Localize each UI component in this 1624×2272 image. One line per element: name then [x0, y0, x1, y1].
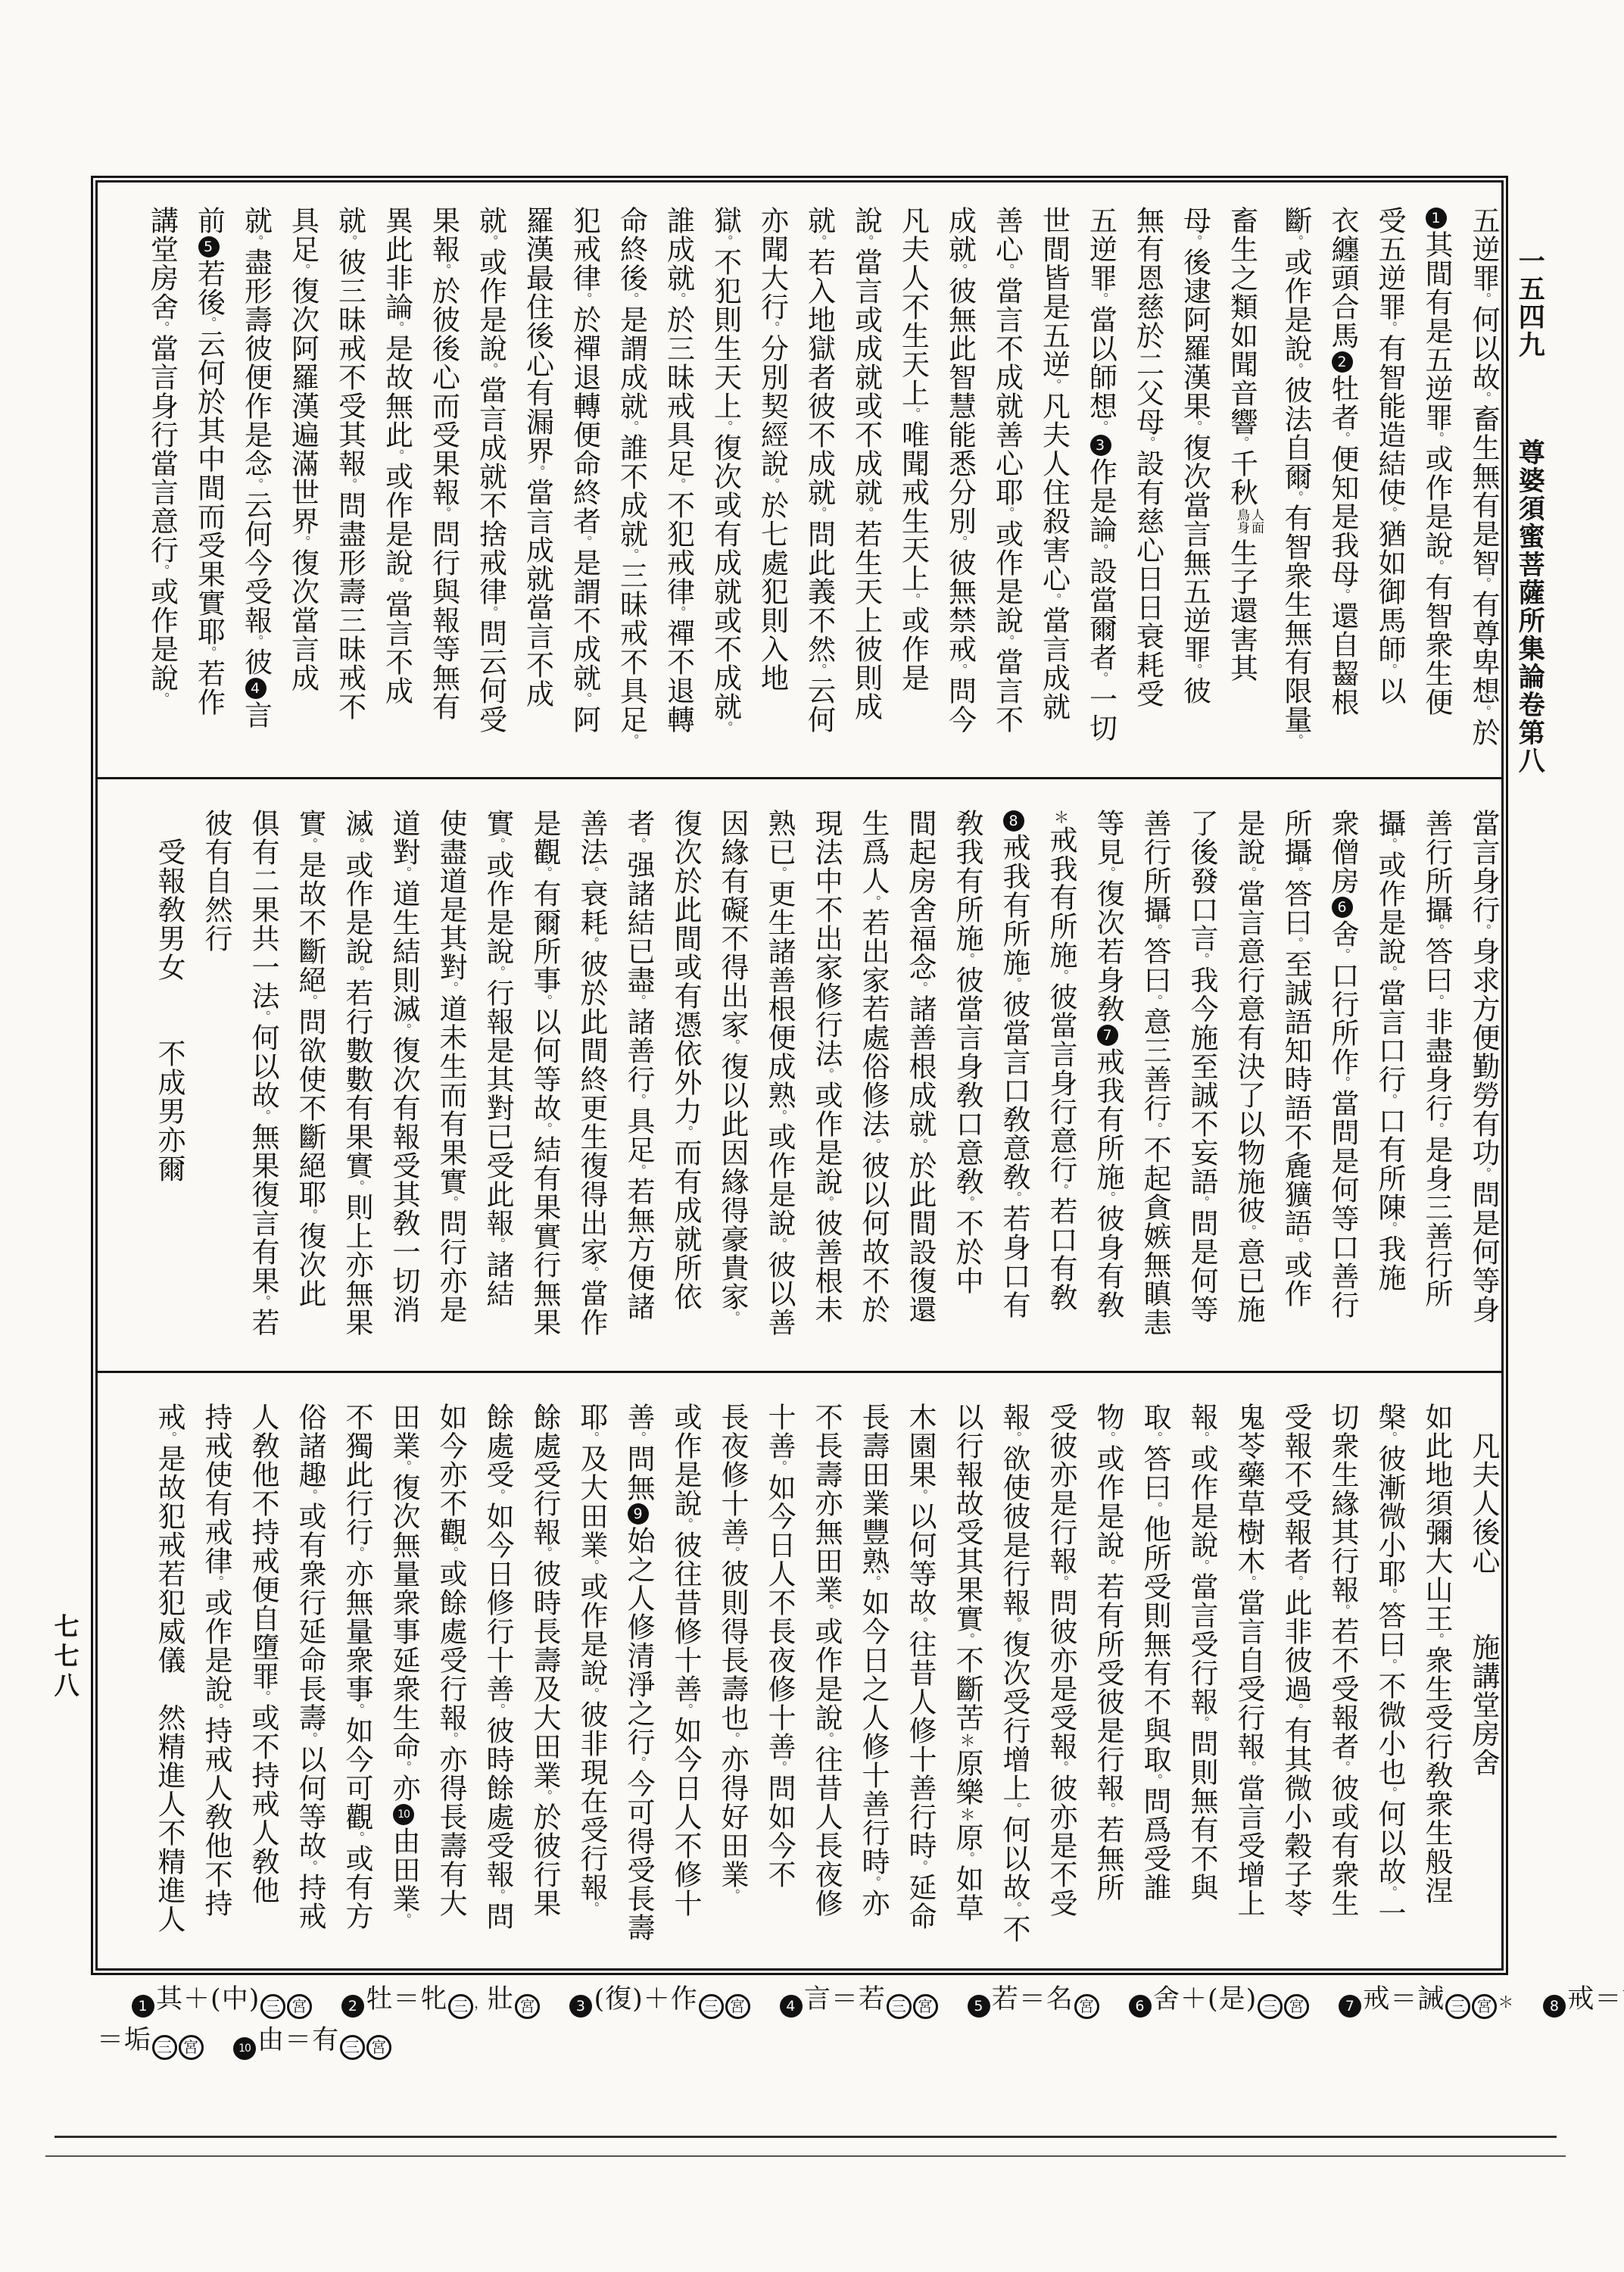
punctuation: 。: [443, 982, 458, 994]
punctuation: 。: [1476, 392, 1491, 404]
punctuation: 。: [1100, 1431, 1115, 1444]
text-column: 報。欲使彼是行報。復次受行增上。何以故。不: [1000, 1403, 1028, 1965]
punctuation: 。: [1194, 953, 1209, 966]
text-column: 不長壽亦無田業。或作是說。往昔人長夜修: [812, 1403, 840, 1965]
footnote-marker: 1: [1426, 208, 1447, 229]
punctuation: 。: [631, 1431, 646, 1444]
text-column: 木園果。以何等故。往昔人修十善行時。延命: [906, 1403, 934, 1965]
punctuation: 。: [1006, 1431, 1021, 1444]
punctuation: 。: [584, 1266, 599, 1279]
punctuation: 。: [1053, 1575, 1068, 1588]
punctuation: 。: [389, 449, 404, 462]
punctuation: 。: [725, 1546, 740, 1559]
punctuation: 。: [1147, 1774, 1162, 1787]
punctuation: 。: [952, 663, 968, 676]
text-column: 善法。衰耗。彼於此間終更生復得出家。當作: [578, 809, 606, 1362]
text-column: 因緣有礙不得出家。復以此因緣得豪貴家。: [718, 809, 747, 1362]
text-column: 人敎他不持戒便自墮罪。或不持戒人敎他: [249, 1403, 277, 1965]
text-column: 了後發口言。我今施至誠不妄語。問是何等: [1188, 809, 1216, 1362]
punctuation: 。: [812, 663, 827, 676]
text-column: 是說。當言意行意有決了以物施彼。意已施: [1235, 809, 1263, 1362]
edition-circle: 三: [448, 1994, 473, 2019]
punctuation: 。: [765, 321, 780, 334]
punctuation: 。: [725, 1889, 740, 1902]
punctuation: 。: [671, 478, 686, 491]
punctuation: 。: [1006, 1802, 1021, 1815]
footnote-marker: 8: [1543, 1995, 1566, 2018]
text-column: 所攝。答曰。至誠語知時語不麁獷語。或作: [1282, 809, 1310, 1362]
text-column: 鬼苓藥草樹木。當言自受行報。當言受增上: [1235, 1403, 1263, 1965]
punctuation: 。: [771, 1761, 787, 1774]
punctuation: 。: [584, 1687, 599, 1700]
edition-circle: 三: [1445, 1994, 1470, 2019]
punctuation: 。: [718, 235, 733, 248]
punctuation: 。: [1335, 1604, 1350, 1617]
punctuation: 。: [1335, 588, 1350, 601]
punctuation: 。: [349, 1703, 364, 1716]
punctuation: 。: [1382, 1094, 1397, 1106]
punctuation: 。: [490, 1703, 505, 1716]
punctuation: 。: [1429, 560, 1444, 573]
punctuation: 。: [631, 838, 646, 850]
punctuation: 。: [584, 866, 599, 879]
punctuation: 。: [342, 235, 357, 248]
text-column: 俗諸趣。或有衆行延命長壽。以何等故。持戒: [296, 1403, 324, 1965]
text-column: 受報不受報者。此非彼過。有其微小穀子苓: [1282, 1403, 1310, 1965]
punctuation: 。: [1429, 1633, 1444, 1646]
punctuation: 。: [1288, 1703, 1303, 1716]
punctuation: 。: [959, 1852, 974, 1865]
punctuation: 。: [1093, 420, 1108, 433]
punctuation: 。: [248, 478, 263, 491]
text-column: 以行報故受其果實。不斷苦＊原樂＊原。如草: [953, 1403, 981, 1965]
text-column: 持戒使有戒律。或作是說。持戒人敎他不持: [202, 1403, 230, 1965]
text-column: 凡夫人不生天上。唯聞戒生天上。或作是: [899, 206, 927, 768]
text-column: 無有恩慈於二父母。設有慈心日日衰耗受: [1134, 206, 1162, 768]
text-column: 就。或作是說。當言成就不捨戒律。問云何受: [477, 206, 505, 768]
punctuation: 。: [490, 838, 505, 850]
punctuation: 。: [302, 1732, 317, 1745]
reference-asterisk: ＊: [958, 1806, 976, 1823]
text-column: 畜生之類如聞音響。千秋人面鳥身生子還害其: [1228, 206, 1264, 768]
text-column: 講堂房舍。當言身行當言意行。或作是說。: [148, 206, 176, 768]
text-column: 實。是故不斷絕。問欲使不斷絕耶。復次此: [296, 809, 324, 1362]
punctuation: 。: [201, 317, 217, 329]
punctuation: 。: [765, 478, 780, 491]
punctuation: 。: [483, 606, 498, 619]
punctuation: 。: [255, 1295, 270, 1308]
text-column: 等見。復次若身敎7戒我有所施。彼身有敎: [1094, 809, 1122, 1362]
punctuation: 。: [1476, 577, 1491, 590]
text-column: 攝。或作是說。當言口行。口有所陳。我施: [1376, 809, 1404, 1362]
page-number: 七七八: [50, 1613, 80, 1702]
punctuation: 。: [1476, 292, 1491, 305]
footnote-marker: 4: [780, 1995, 803, 2018]
text-column: 彼有自然行: [202, 809, 230, 1362]
punctuation: 。: [1335, 1761, 1350, 1774]
text-column: 衆僧房6舍。口行所作。當問是何等口善行: [1329, 809, 1357, 1362]
text-column: 誰成就。於三昧戒具足。不犯戒律。禪不退轉: [665, 206, 693, 768]
punctuation: 。: [725, 1732, 740, 1745]
text-column: 不獨此行行。亦無量衆事。如今可觀。或有方: [343, 1403, 371, 1965]
text-column: 異此非論。是故無此。或作是說。當言不成: [383, 206, 411, 768]
text-column: 凡夫人後心 施講堂房舍: [1470, 1403, 1498, 1965]
text-column: 槃。彼漸微小耶。答曰。不微小也。何以故。一: [1376, 1403, 1404, 1965]
punctuation: 。: [1053, 1184, 1068, 1197]
punctuation: 。: [1147, 1122, 1162, 1135]
footnote-marker: 6: [1129, 1995, 1152, 2018]
punctuation: 。: [1288, 363, 1303, 376]
punctuation: 。: [577, 535, 592, 548]
edition-circle: 宮: [515, 1994, 540, 2019]
punctuation: 。: [725, 1039, 740, 1052]
footnote-marker: 10: [233, 2037, 256, 2060]
text-column: 長夜修十善。彼則得長壽也。亦得好田業。: [718, 1403, 747, 1965]
punctuation: 。: [1147, 924, 1162, 937]
edition-circle: 三: [699, 1994, 724, 2019]
punctuation: 。: [490, 1489, 505, 1502]
punctuation: 。: [1288, 1575, 1303, 1588]
text-column: 切衆生緣其行報。若不受報者。彼或有衆生: [1329, 1403, 1357, 1965]
punctuation: 。: [1093, 672, 1108, 685]
punctuation: 。: [1093, 292, 1108, 305]
punctuation: 。: [1194, 1559, 1209, 1572]
punctuation: 。: [1382, 966, 1397, 978]
punctuation: 。: [349, 1546, 364, 1559]
edition-circle: 宮: [1472, 1994, 1497, 2019]
punctuation: 。: [1335, 1076, 1350, 1089]
register-middle: 當言身行。身求方便勤勞有功。問是何等身善行所攝。答曰。非盡身行。是身三善行所攝。…: [100, 792, 1501, 1362]
text-column: 餘處受行報。彼時長壽及大田業。於彼行果: [531, 1403, 559, 1965]
punctuation: 。: [1147, 1431, 1162, 1444]
punctuation: 。: [389, 577, 404, 590]
edition-circle: 三: [887, 1994, 912, 2019]
footnote-marker: 7: [1339, 1995, 1361, 2018]
edition-circle: 宮: [179, 2035, 204, 2060]
text-column: 母。後逮阿羅漢果。復次當言無五逆罪。彼: [1181, 206, 1209, 768]
punctuation: 。: [584, 1902, 599, 1915]
punctuation: 。: [1382, 663, 1397, 676]
text-column: 實。或作是說。行報是其對已受此報。諸結: [484, 809, 512, 1362]
register-top: 五逆罪。何以故。畜生無有是智。有尊卑想。於1其間有是五逆罪。或作是說。有智衆生便…: [100, 189, 1501, 768]
punctuation: 。: [349, 1831, 364, 1844]
footnote-marker: 5: [198, 236, 220, 257]
punctuation: 。: [999, 635, 1015, 648]
folio-number: 一五四九: [1515, 247, 1545, 359]
footnote-marker: 6: [1332, 897, 1353, 918]
punctuation: 。: [1187, 420, 1202, 433]
punctuation: 。: [483, 235, 498, 248]
punctuation: 。: [1429, 432, 1444, 445]
text-column: 耶。及大田業。或作是說。彼非現在受行報。: [578, 1403, 606, 1965]
punctuation: 。: [818, 1196, 834, 1209]
text-column: 當言身行。身求方便勤勞有功。問是何等身: [1470, 809, 1498, 1362]
punctuation: 。: [865, 1876, 881, 1889]
text-column: 復次於此間或有憑依外力。而有成就所依: [672, 809, 700, 1362]
text-column: 命終後。是謂成就。誰不成就。三昧戒不具足。: [618, 206, 646, 768]
text-column: 現法中不出家修行法。或作是說。彼善根未: [812, 809, 840, 1362]
punctuation: 。: [1194, 1716, 1209, 1729]
punctuation: 。: [624, 734, 639, 747]
punctuation: 。: [349, 1180, 364, 1193]
punctuation: 。: [1006, 977, 1021, 990]
punctuation: 。: [771, 866, 787, 879]
punctuation: 。: [1053, 1761, 1068, 1774]
edition-circle: 三: [152, 2035, 177, 2060]
punctuation: 。: [1288, 491, 1303, 504]
punctuation: 。: [912, 982, 927, 994]
reference-asterisk: ＊: [1498, 1993, 1514, 2011]
punctuation: 。: [302, 1860, 317, 1873]
footnote-marker: 3: [569, 1995, 592, 2018]
punctuation: 。: [396, 1023, 411, 1036]
punctuation: 。: [624, 292, 639, 305]
text-column: 說。當言或成就或不成就。若生天上彼則成: [853, 206, 881, 768]
punctuation: 。: [1288, 866, 1303, 879]
punctuation: 。: [248, 235, 263, 248]
punctuation: 。: [201, 646, 217, 659]
punctuation: 。: [1335, 948, 1350, 961]
punctuation: 。: [342, 478, 357, 491]
punctuation: 。: [208, 1703, 223, 1716]
punctuation: 。: [999, 264, 1015, 276]
punctuation: 。: [1100, 1559, 1115, 1572]
footnote-marker: 5: [968, 1995, 990, 2018]
punctuation: 。: [396, 866, 411, 879]
punctuation: 。: [302, 1489, 317, 1502]
punctuation: 。: [443, 1196, 458, 1209]
footnote-marker: 3: [1090, 435, 1111, 456]
text-column: 前5若後。云何於其中間而受果實耶。若作: [195, 206, 223, 768]
text-column: 就。盡形壽彼便作是念。云何今受報。彼4言: [242, 206, 270, 768]
edition-circle: 宮: [725, 1994, 750, 2019]
scan-line: [45, 2155, 1566, 2157]
punctuation: 。: [1241, 866, 1256, 879]
text-column: 五逆罪。何以故。畜生無有是智。有尊卑想。於: [1470, 206, 1498, 768]
text-column: 1其間有是五逆罪。或作是說。有智衆生便: [1423, 206, 1451, 768]
punctuation: 。: [302, 1209, 317, 1222]
punctuation: 。: [631, 1756, 646, 1769]
punctuation: 。: [295, 535, 310, 548]
text-column: 或作是說。彼往昔修十善。如今日人不修十: [672, 1403, 700, 1965]
punctuation: 。: [295, 264, 310, 276]
footnote-marker: 2: [341, 1995, 364, 2018]
text-column: 羅漢最住後心有漏界。當言成就當言不成: [524, 206, 552, 768]
punctuation: 。: [1429, 1122, 1444, 1135]
punctuation: 。: [1429, 924, 1444, 937]
text-column: 亦聞大行。分別契經說。於七處犯則入地: [759, 206, 787, 768]
text-column: 取。答曰。他所受則無有不與取。問爲受誰: [1141, 1403, 1169, 1965]
register-bottom: 凡夫人後心 施講堂房舍如此地須彌大山王。衆生受行敎衆生般涅槃。彼漸微小耶。答曰。…: [100, 1386, 1501, 1965]
footnote-marker: 7: [1097, 1025, 1118, 1046]
punctuation: 。: [389, 321, 404, 334]
punctuation: 。: [1288, 235, 1303, 248]
edition-circle: 宮: [913, 1994, 938, 2019]
punctuation: 。: [537, 994, 552, 1007]
punctuation: 。: [912, 1138, 927, 1151]
punctuation: 。: [1382, 1659, 1397, 1671]
punctuation: 。: [1382, 838, 1397, 850]
punctuation: 。: [959, 1633, 974, 1646]
apparatus-footnotes: 1其＋(中)三宮 2牡＝牝三，壯宮 3(復)＋作三宮 4言＝若三宮 5若＝名宮 …: [97, 1981, 1535, 2060]
punctuation: 。: [678, 1518, 693, 1531]
punctuation: 。: [436, 264, 451, 276]
punctuation: 。: [396, 1460, 411, 1473]
text-column: 衣纏頭合馬2牡者。便知是我母。還自齧根: [1329, 206, 1357, 768]
punctuation: 。: [865, 895, 881, 908]
edition-circle: 三: [340, 2035, 365, 2060]
punctuation: 。: [1382, 1886, 1397, 1899]
punctuation: 。: [1382, 1222, 1397, 1234]
text-column: 具足。復次阿羅漢遍滿世界。復次當言成: [289, 206, 317, 768]
footnote-line: 1其＋(中)三宮 2牡＝牝三，壯宮 3(復)＋作三宮 4言＝若三宮 5若＝名宮 …: [97, 1981, 1535, 2022]
punctuation: 。: [999, 507, 1015, 520]
punctuation: 。: [812, 507, 827, 520]
punctuation: 。: [1476, 705, 1491, 718]
punctuation: 。: [912, 1617, 927, 1630]
punctuation: 。: [725, 1311, 740, 1324]
text-column: 善心。當言不成就善心耶。或作是說。當言不: [993, 206, 1021, 768]
punctuation: 。: [1147, 1502, 1162, 1515]
punctuation: 。: [248, 635, 263, 648]
edition-circle: 三: [260, 1994, 285, 2019]
punctuation: 。: [1006, 1902, 1021, 1915]
edition-circle: 三: [1258, 1994, 1283, 2019]
text-column: 成就。彼無此智慧能悉分別。彼無禁戒。問今: [946, 206, 974, 768]
punctuation: 。: [349, 838, 364, 850]
punctuation: 。: [208, 1575, 223, 1588]
text-column: 斷。或作是說。彼法自爾。有智衆生無有限量。: [1282, 206, 1310, 768]
footnote-marker: 4: [245, 678, 267, 699]
punctuation: 。: [1476, 924, 1491, 937]
punctuation: 。: [818, 1604, 834, 1617]
register-divider: [98, 1371, 1501, 1373]
text-column: 熟已。更生諸善根便成熟。或作是說。彼以善: [765, 809, 793, 1362]
punctuation: 。: [1288, 937, 1303, 950]
footnote-marker: 8: [1003, 810, 1024, 832]
text-column: 如今亦不觀。或餘處受行報。亦得長壽有大: [437, 1403, 465, 1965]
text-column: 五逆罪。當以師想。3作是論。設當爾者。一切: [1087, 206, 1115, 768]
text-column: 滅。或作是說。若行數數有果實。則上亦無果: [343, 809, 371, 1362]
punctuation: 。: [1194, 1431, 1209, 1444]
scanned-page: { "header": { "page_no": "一五四九", "title"…: [0, 0, 1624, 2272]
punctuation: 。: [718, 721, 733, 734]
punctuation: 。: [624, 548, 639, 561]
punctuation: 。: [255, 1010, 270, 1023]
punctuation: 。: [906, 593, 921, 606]
text-column: 田業。復次無量衆事延衆生命。亦10由田業。: [390, 1403, 418, 1965]
punctuation: 。: [1429, 994, 1444, 1007]
punctuation: 。: [436, 507, 451, 520]
footnote-marker: 9: [628, 1503, 649, 1525]
punctuation: 。: [530, 465, 545, 478]
text-column: 長壽田業豐熟。如今日之人修十善行時。亦: [859, 1403, 887, 1965]
punctuation: 。: [1382, 1787, 1397, 1799]
text-column: 如此地須彌大山王。衆生受行敎衆生般涅: [1423, 1403, 1451, 1965]
punctuation: 。: [671, 606, 686, 619]
punctuation: 。: [490, 1889, 505, 1902]
text-column: 使盡道是其對。道未生而有果實。問行亦是: [437, 809, 465, 1362]
punctuation: 。: [584, 937, 599, 950]
text-column: 受五逆罪。有智能造結使。猶如御馬師。以: [1376, 206, 1404, 768]
punctuation: 。: [1100, 1191, 1115, 1204]
punctuation: 。: [255, 1109, 270, 1122]
punctuation: 。: [1382, 321, 1397, 334]
punctuation: 。: [1241, 1575, 1256, 1588]
punctuation: 。: [1335, 432, 1350, 445]
text-column: 果報。於彼後心而受果報。問行與報等無有: [430, 206, 458, 768]
punctuation: 。: [577, 292, 592, 305]
footnote-marker: 1: [132, 1995, 154, 2018]
punctuation: 。: [1187, 235, 1202, 248]
punctuation: 。: [624, 420, 639, 433]
text-column: 受報敎男女 不成男亦爾: [155, 809, 183, 1362]
punctuation: 。: [584, 1559, 599, 1572]
punctuation: 。: [865, 1575, 881, 1588]
punctuation: 。: [1100, 1802, 1115, 1815]
text-column: 就。彼三昧戒不受其報。問盡形壽三昧戒不: [336, 206, 364, 768]
punctuation: 。: [1100, 866, 1115, 879]
punctuation: 。: [912, 1489, 927, 1502]
punctuation: 。: [631, 1094, 646, 1106]
punctuation: 。: [1241, 1761, 1256, 1774]
scripture-title: 尊婆須蜜菩薩所集論卷第八: [1515, 438, 1545, 775]
punctuation: 。: [1241, 1225, 1256, 1237]
punctuation: 。: [1382, 1431, 1397, 1444]
punctuation: 。: [912, 1860, 927, 1873]
punctuation: 。: [490, 966, 505, 978]
text-column: 善行所攝。答曰。非盡身行。是身三善行所: [1423, 809, 1451, 1362]
edition-circle: 宮: [287, 1994, 312, 2019]
text-column: 俱有二果共一法。何以故。無果復言有果。若: [249, 809, 277, 1362]
punctuation: 。: [1194, 1196, 1209, 1209]
punctuation: 。: [1288, 1237, 1303, 1250]
punctuation: 。: [490, 1237, 505, 1250]
punctuation: 。: [812, 235, 827, 248]
text-column: 戒。是故犯戒若犯威儀 然精進人不精進人: [155, 1403, 183, 1965]
punctuation: 。: [255, 1690, 270, 1703]
punctuation: 。: [718, 420, 733, 433]
punctuation: 。: [818, 1068, 834, 1081]
text-column: 生爲人。若出家若處俗修法。彼以何故不於: [859, 809, 887, 1362]
punctuation: 。: [396, 1761, 411, 1774]
punctuation: 。: [443, 1546, 458, 1559]
punctuation: 。: [537, 1546, 552, 1559]
reference-asterisk: ＊: [958, 1732, 976, 1749]
punctuation: 。: [154, 692, 170, 705]
punctuation: 。: [577, 692, 592, 705]
punctuation: 。: [959, 953, 974, 966]
margin-header: 一五四九 尊婆須蜜菩薩所集論卷第八: [1515, 247, 1545, 775]
punctuation: 。: [771, 1109, 787, 1122]
punctuation: 。: [631, 1164, 646, 1177]
punctuation: 。: [678, 1125, 693, 1138]
text-column: 敎我有所施。彼當言身敎口意敎。不於中: [953, 809, 981, 1362]
edition-circle: 宮: [1284, 1994, 1309, 2019]
text-column: 是觀。有爾所事。以何等故。結有果實行無果: [531, 809, 559, 1362]
punctuation: 。: [1382, 1588, 1397, 1601]
punctuation: 。: [1140, 436, 1155, 449]
punctuation: 。: [952, 264, 968, 276]
text-column: 獄。不犯則生天上。復次或有成就或不成就。: [712, 206, 740, 768]
punctuation: 。: [671, 292, 686, 305]
reference-asterisk: ＊: [1052, 809, 1070, 825]
punctuation: 。: [771, 1237, 787, 1250]
text-column: 善。問無9始之人修清淨之行。今可得受長壽: [625, 1403, 653, 1965]
punctuation: 。: [349, 966, 364, 978]
text-column: 8戒我有所施。彼當言口敎意敎。若身口有: [1000, 809, 1028, 1362]
punctuation: 。: [584, 1431, 599, 1444]
